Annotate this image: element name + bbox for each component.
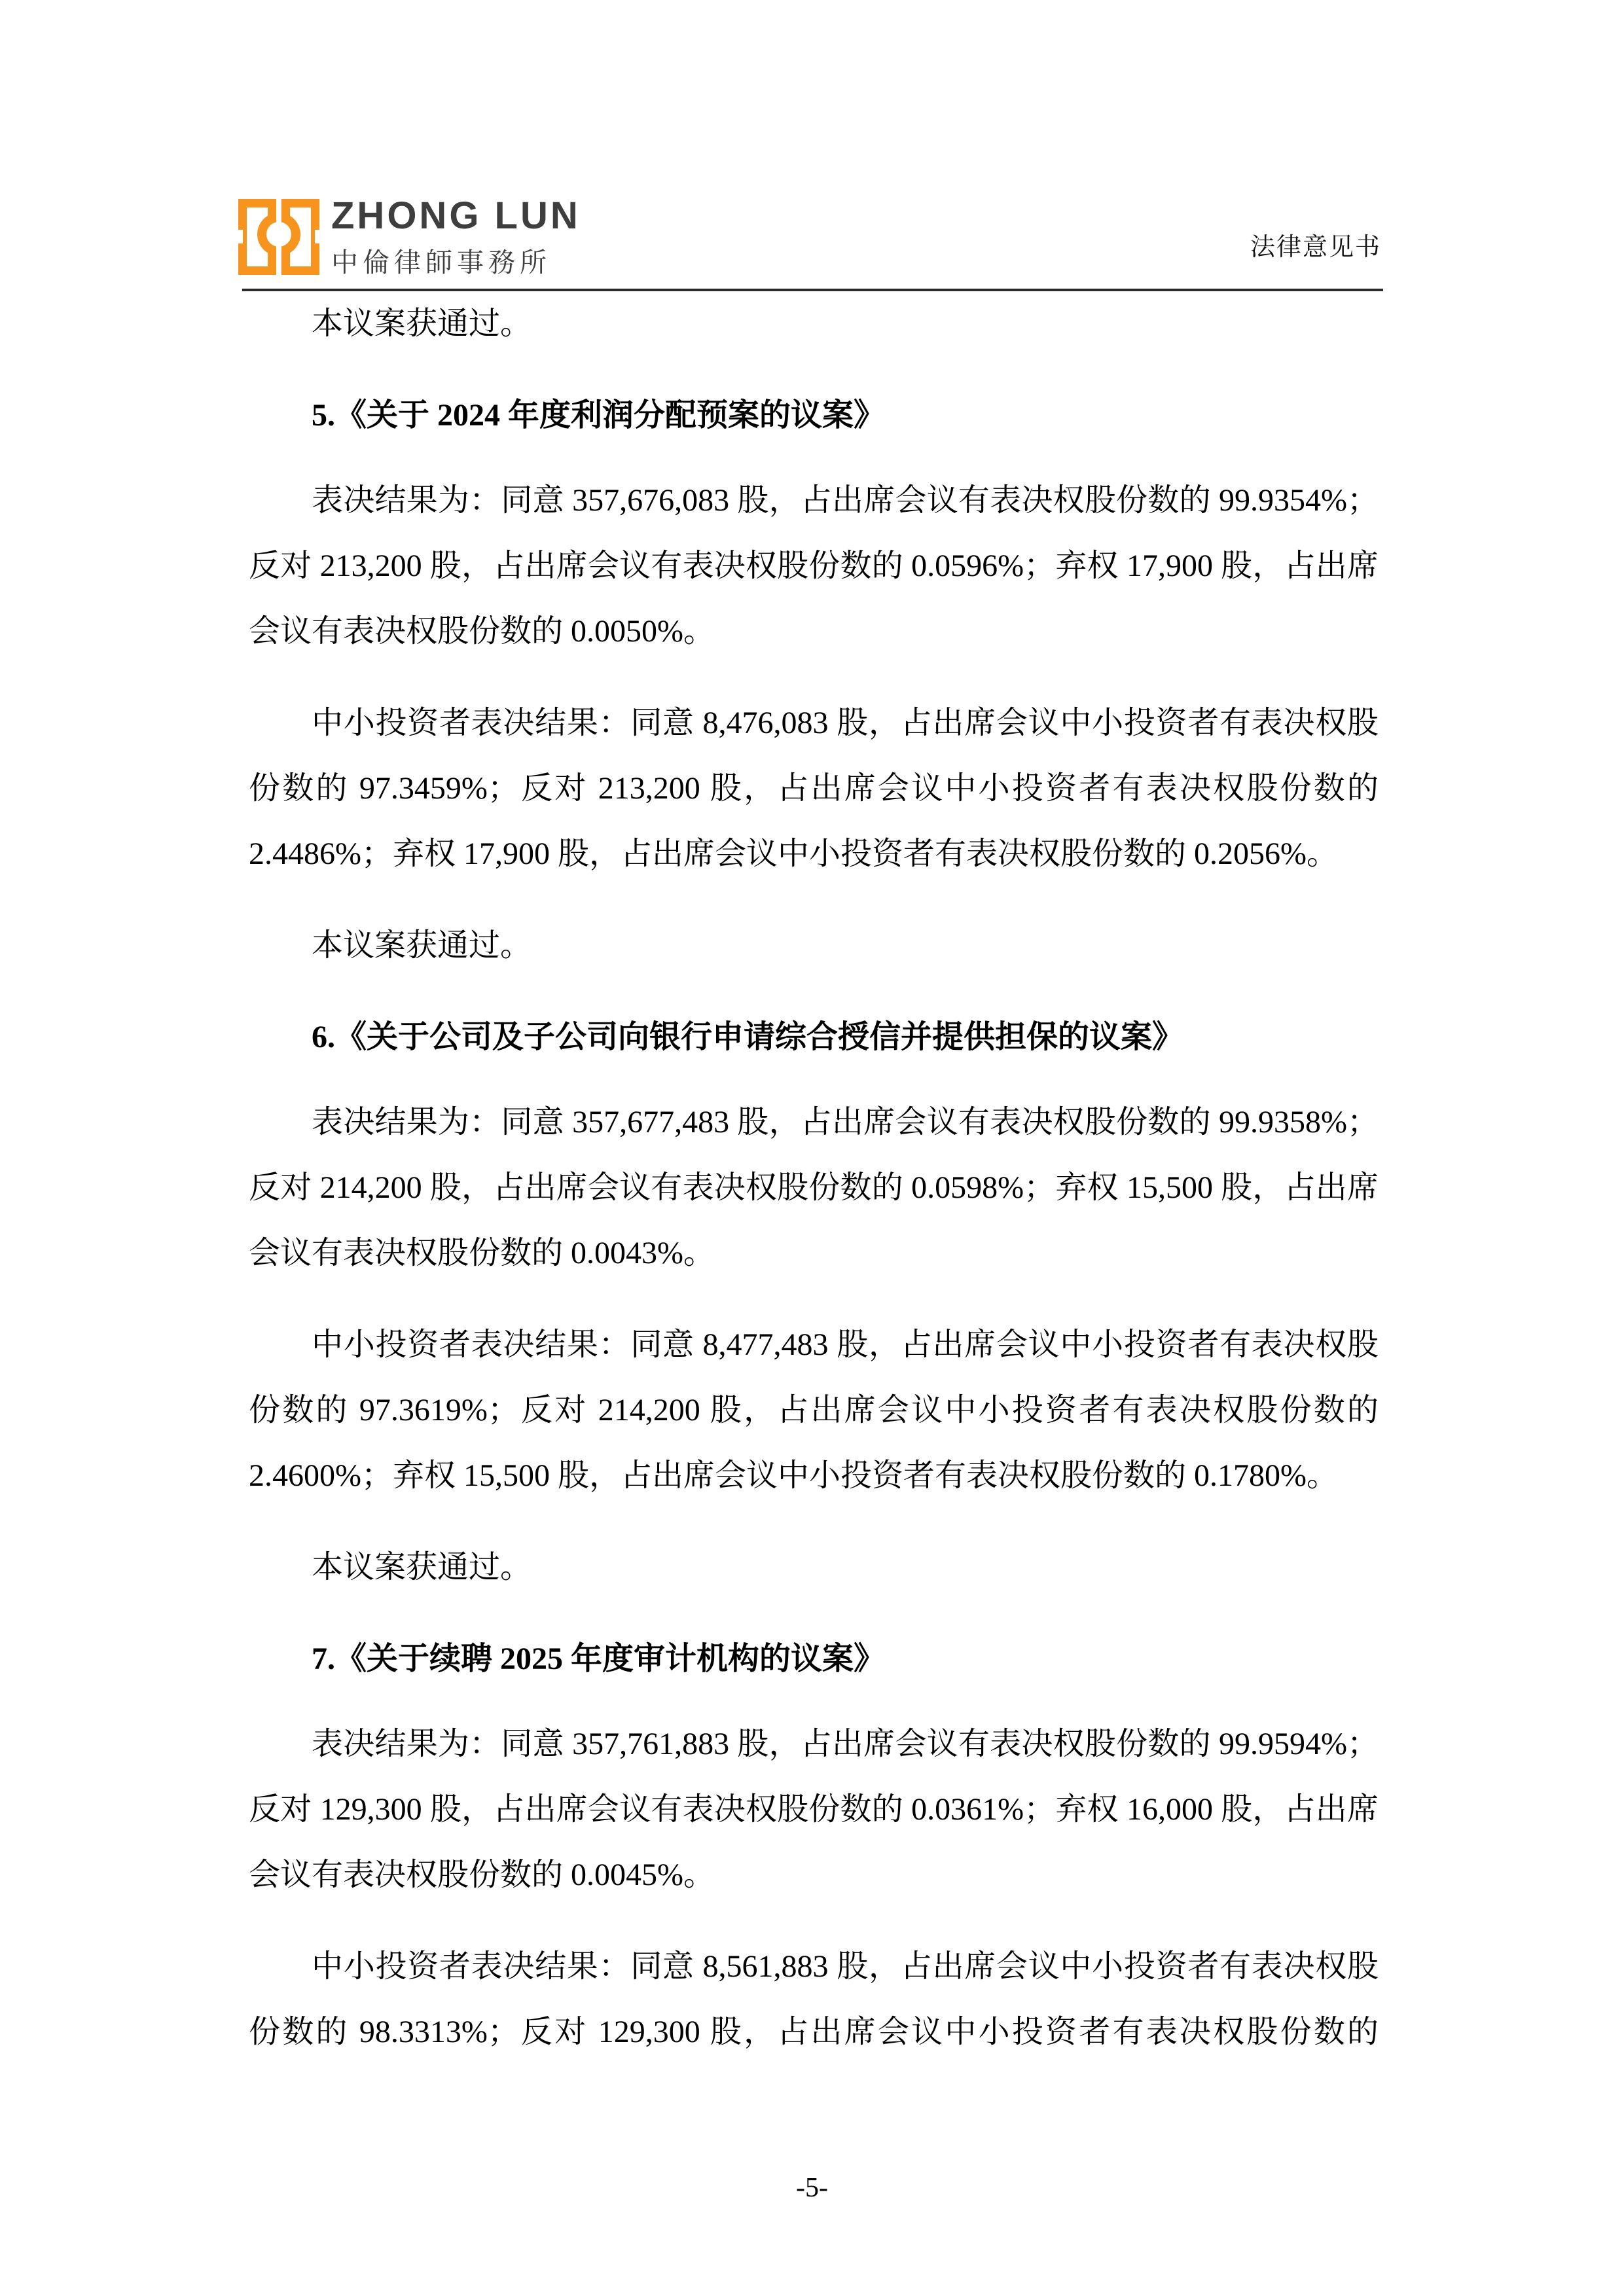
body-paragraph: 表决结果为：同意 357,676,083 股，占出席会议有表决权股份数的 99.… xyxy=(249,468,1379,664)
body-paragraph: 中小投资者表决结果：同意 8,476,083 股，占出席会议中小投资者有表决权股… xyxy=(249,691,1379,887)
body-paragraph: 中小投资者表决结果：同意 8,561,883 股，占出席会议中小投资者有表决权股… xyxy=(249,1934,1379,2065)
page-footer: -5- xyxy=(0,2172,1624,2204)
page-number: -5- xyxy=(796,2173,828,2203)
body-paragraph: 本议案获通过。 xyxy=(249,913,1379,978)
body-paragraph: 本议案获通过。 xyxy=(249,291,1379,357)
proposal-heading: 6.《关于公司及子公司向银行申请综合授信并提供担保的议案》 xyxy=(249,1005,1379,1070)
zhonglun-logo-icon xyxy=(237,198,321,279)
body-paragraph: 表决结果为：同意 357,761,883 股，占出席会议有表决权股份数的 99.… xyxy=(249,1712,1379,1908)
document-type-label: 法律意见书 xyxy=(1250,226,1381,262)
brand-name-en: ZHONG LUN xyxy=(331,194,581,238)
proposal-heading: 5.《关于 2024 年度利润分配预案的议案》 xyxy=(249,383,1379,448)
brand-name-cn: 中倫律師事務所 xyxy=(331,241,551,279)
proposal-heading: 7.《关于续聘 2025 年度审计机构的议案》 xyxy=(249,1626,1379,1692)
body-paragraph: 本议案获通过。 xyxy=(249,1535,1379,1600)
document-page: ZHONG LUN 中倫律師事務所 法律意见书 本议案获通过。5.《关于 202… xyxy=(0,0,1624,2296)
document-body: 本议案获通过。5.《关于 2024 年度利润分配预案的议案》表决结果为：同意 3… xyxy=(249,291,1379,2091)
body-paragraph: 中小投资者表决结果：同意 8,477,483 股，占出席会议中小投资者有表决权股… xyxy=(249,1312,1379,1509)
body-paragraph: 表决结果为：同意 357,677,483 股，占出席会议有表决权股份数的 99.… xyxy=(249,1090,1379,1286)
